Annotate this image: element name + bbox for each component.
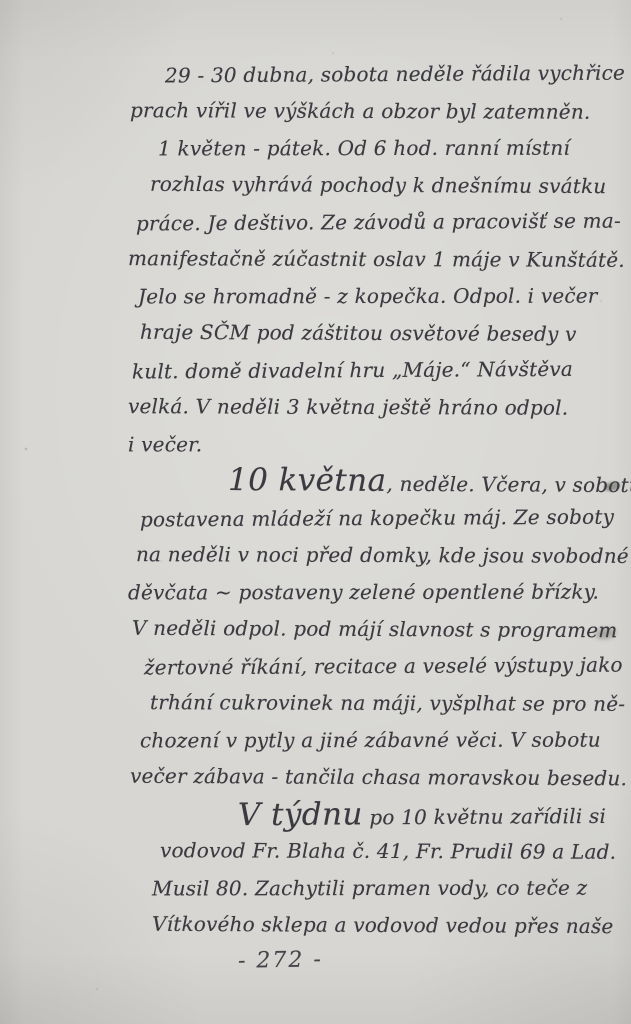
handwritten-line: Jelo se hromadně - z kopečka. Odpol. i v… xyxy=(138,278,623,316)
paragraph-lead-date: V týdnu xyxy=(238,796,363,833)
handwritten-line: 29 - 30 dubna, sobota neděle řádila vych… xyxy=(165,55,623,95)
paragraph-lead-date: 10 května xyxy=(228,462,387,499)
handwritten-line: hraje SČM pod záštitou osvětové besedy v xyxy=(140,314,623,354)
scanned-page: 29 - 30 dubna, sobota neděle řádila vych… xyxy=(0,0,631,1024)
handwritten-line: manifestačně zúčastnit oslav 1 máje v Ku… xyxy=(128,240,623,279)
paper-specks xyxy=(0,0,2,2)
handwritten-line: rozhlas vyhrává pochody k dnešnímu svátk… xyxy=(150,166,623,205)
page-number: - 272 - xyxy=(238,947,323,973)
handwritten-line: 1 květen - pátek. Od 6 hod. ranní místní xyxy=(158,130,623,168)
handwritten-line: děvčata ~ postaveny zelené opentlené bří… xyxy=(128,574,623,612)
handwritten-line: Vítkového sklepa a vodovod vedou přes na… xyxy=(152,906,623,945)
line-text: po 10 květnu zařídili si xyxy=(363,804,606,829)
handwritten-line: V neděli odpol. pod májí slavnost s prog… xyxy=(132,610,623,650)
handwritten-line: i večer. xyxy=(128,426,623,464)
handwritten-line: práce. Je deštivo. Ze závodů a pracovišť… xyxy=(136,203,623,243)
handwritten-line: vodovod Fr. Blaha č. 41, Fr. Prudil 69 a… xyxy=(160,832,623,871)
handwritten-line: trhání cukrovinek na máji, vyšplhat se p… xyxy=(150,684,623,723)
manuscript-text: 29 - 30 dubna, sobota neděle řádila vych… xyxy=(128,56,623,944)
handwritten-line: prach vířil ve výškách a obzor byl zatem… xyxy=(130,92,623,131)
handwritten-line: V týdnu po 10 květnu zařídili si xyxy=(238,795,623,834)
handwritten-line: chození v pytly a jiné zábavné věci. V s… xyxy=(140,722,623,760)
handwritten-line: večer zábava - tančila chasa moravskou b… xyxy=(130,758,623,798)
handwritten-line: žertovné říkání, recitace a veselé výstu… xyxy=(144,647,623,687)
handwritten-line: Musil 80. Zachytili pramen vody, co teče… xyxy=(152,870,623,908)
handwritten-line: postavena mládeží na kopečku máj. Ze sob… xyxy=(140,499,623,539)
line-text: , neděle. Včera, v sobotu xyxy=(386,472,631,497)
handwritten-line: 10 května, neděle. Včera, v sobotu xyxy=(228,462,623,501)
handwritten-line: kult. domě divadelní hru „Máje.“ Návštěv… xyxy=(132,351,623,391)
handwritten-line: velká. V neděli 3 května ještě hráno odp… xyxy=(128,388,623,427)
handwritten-line: na neděli v noci před domky, kde jsou sv… xyxy=(136,536,623,575)
